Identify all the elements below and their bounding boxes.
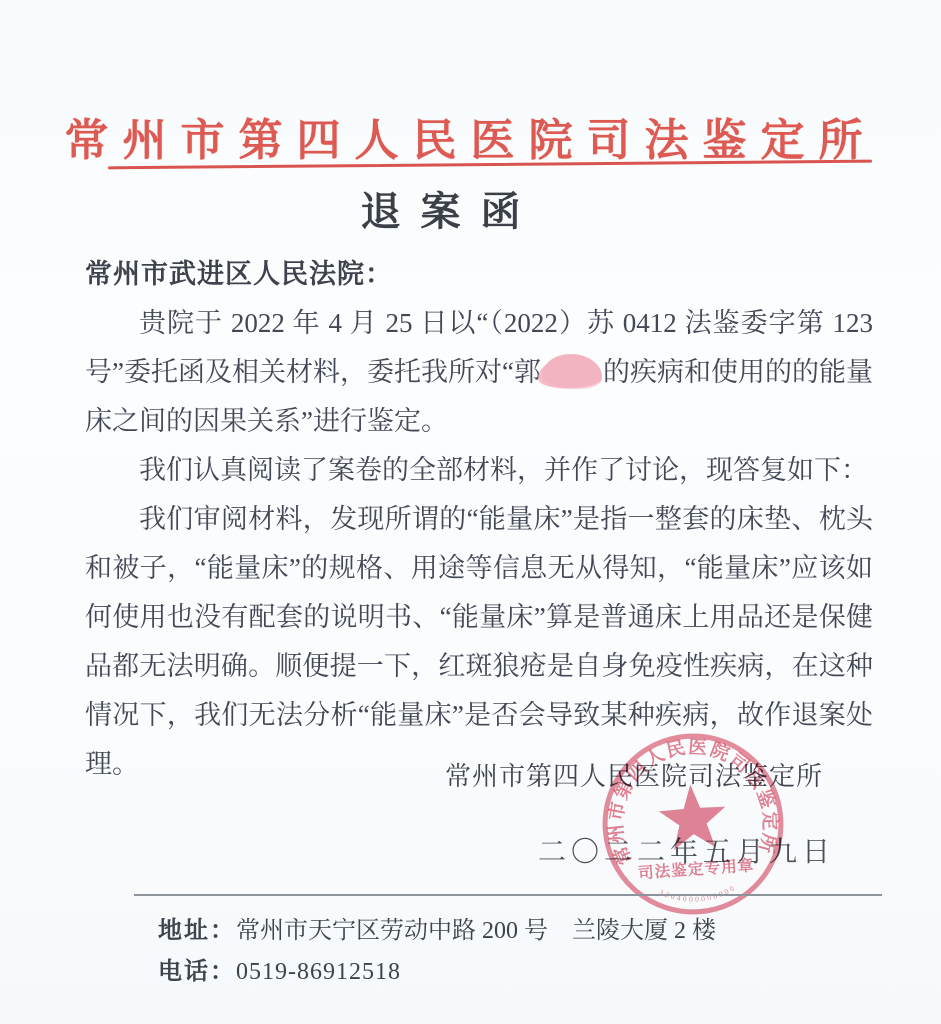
seal-star-icon (657, 782, 728, 850)
salutation: 常州市武进区人民法院： (85, 250, 873, 299)
scanned-letter-page: 常州市第四人民医院司法鉴定所 退案函 常州市武进区人民法院： 贵院于 2022 … (0, 0, 941, 1024)
paragraph-entrustment: 贵院于 2022 年 4 月 25 日以“（2022）苏 0412 法鉴委字第 … (85, 299, 873, 446)
phone-value: 0519-86912518 (236, 959, 401, 985)
document-title: 退案函 (0, 180, 901, 237)
footer-address-line: 地址：常州市天宁区劳动中路 200 号 兰陵大厦 2 楼 (158, 910, 716, 945)
address-label: 地址： (158, 918, 236, 944)
address-value: 常州市天宁区劳动中路 200 号 兰陵大厦 2 楼 (236, 918, 716, 944)
footer-divider (134, 894, 882, 896)
letterhead-title: 常州市第四人民医院司法鉴定所 (0, 104, 941, 168)
letter-body: 常州市武进区人民法院： 贵院于 2022 年 4 月 25 日以“（2022）苏… (85, 250, 873, 789)
paragraph-review: 我们认真阅读了案卷的全部材料，并作了讨论，现答复如下： (85, 446, 873, 495)
redaction-blob (542, 354, 602, 387)
phone-label: 电话： (158, 959, 236, 985)
footer-phone-line: 电话：0519-86912518 (158, 951, 401, 986)
seal-bottom-text: 司法鉴定专用章 (637, 855, 755, 882)
